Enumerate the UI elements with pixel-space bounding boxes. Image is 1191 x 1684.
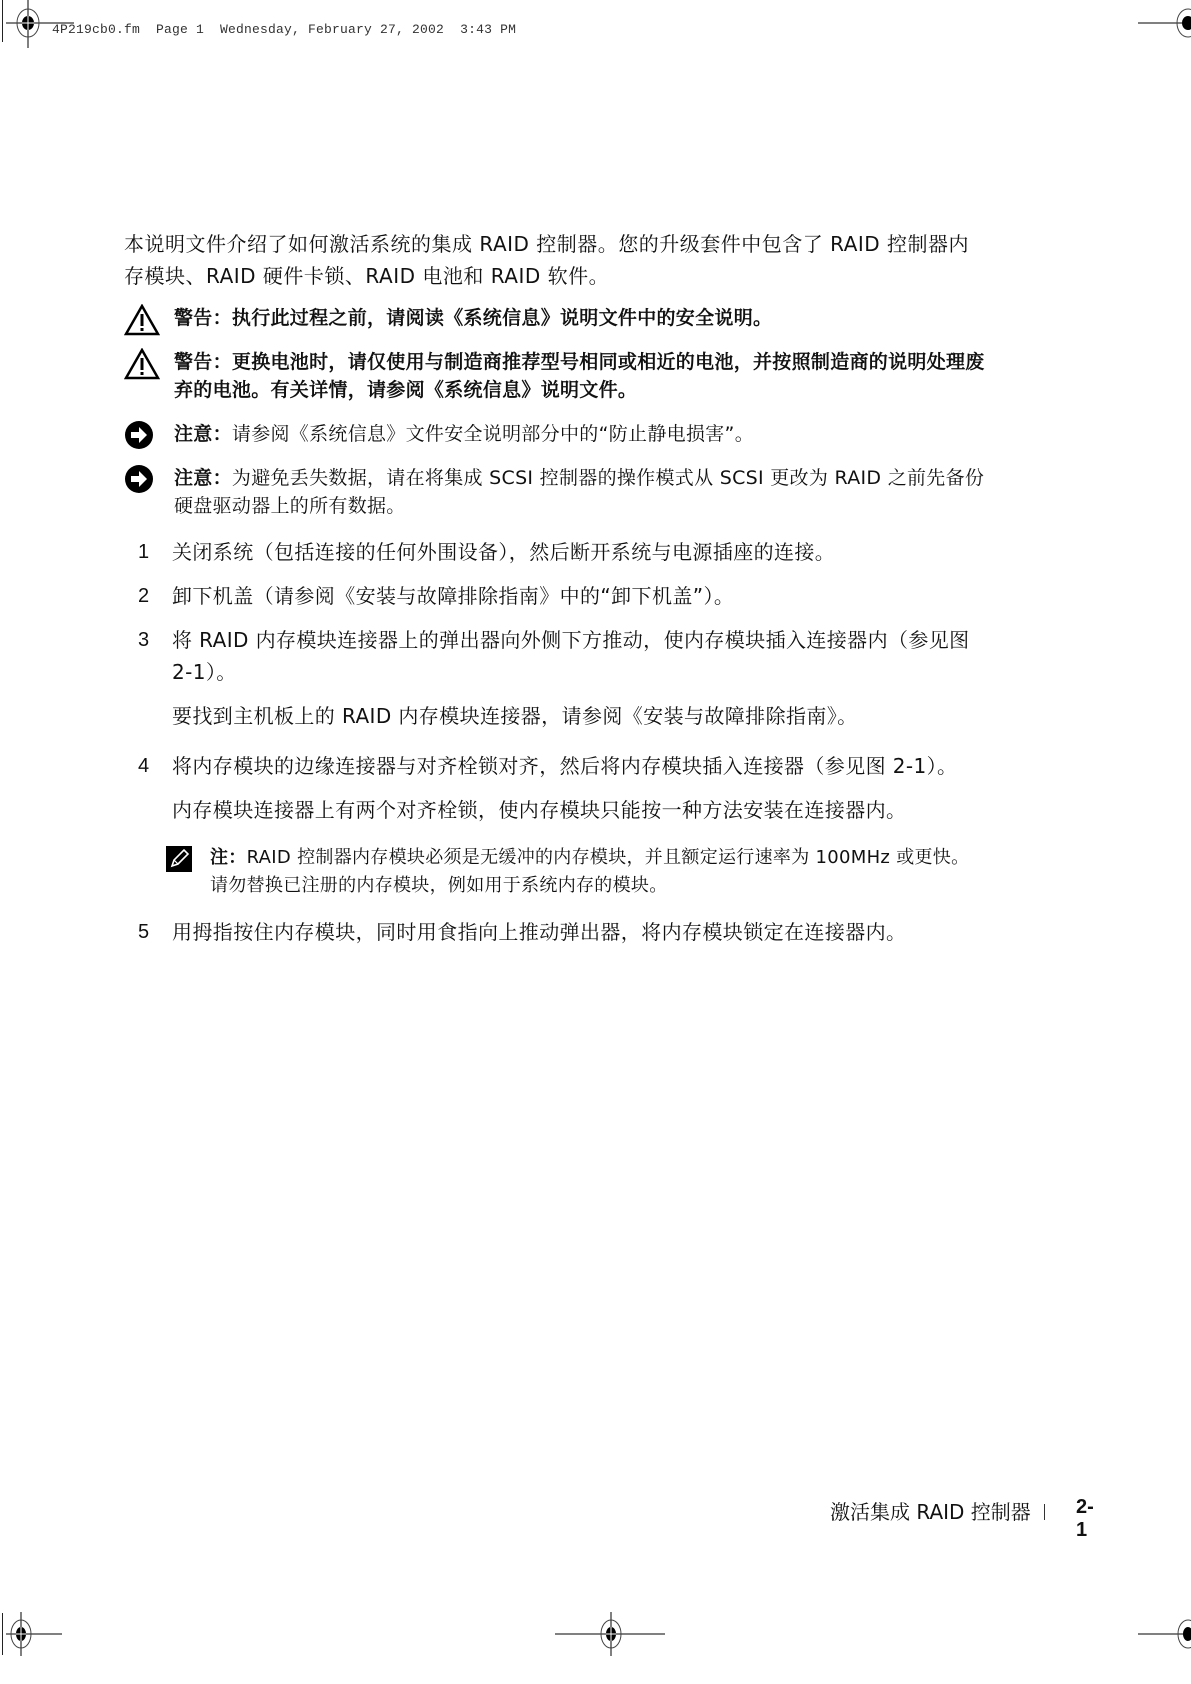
crop-line-left-top (2, 0, 3, 42)
intro-paragraph: 本说明文件介绍了如何激活系统的集成 RAID 控制器。您的升级套件中包含了 RA… (124, 228, 986, 292)
notice-text: 执行此过程之前，请阅读《系统信息》说明文件中的安全说明。 (232, 307, 772, 329)
page-number: 2-1 (1076, 1496, 1094, 1542)
notice-label: 警告： (174, 307, 232, 329)
step-item: 4 将内存模块的边缘连接器与对齐栓锁对齐，然后将内存模块插入连接器（参见图 2-… (124, 750, 986, 782)
notice-label: 注意： (174, 467, 232, 489)
step-number: 5 (138, 916, 150, 948)
step-item: 5 用拇指按住内存模块，同时用食指向上推动弹出器，将内存模块锁定在连接器内。 (124, 916, 986, 948)
step-number: 1 (138, 536, 150, 568)
file-slug-header: 4P219cb0.fm Page 1 Wednesday, February 2… (52, 22, 516, 37)
step-number: 4 (138, 750, 150, 782)
step-text: 将内存模块的边缘连接器与对齐栓锁对齐，然后将内存模块插入连接器（参见图 2-1）… (172, 754, 957, 778)
warning-triangle-icon (124, 304, 160, 336)
caution-notice: 注意：请参阅《系统信息》文件安全说明部分中的“防止静电损害”。 (124, 420, 986, 448)
warning-notice: 警告：执行此过程之前，请阅读《系统信息》说明文件中的安全说明。 (124, 304, 986, 332)
notice-arrow-icon (124, 464, 154, 494)
notice-label: 注意： (174, 423, 232, 445)
document-body: 本说明文件介绍了如何激活系统的集成 RAID 控制器。您的升级套件中包含了 RA… (124, 228, 986, 960)
registration-mark-icon (4, 1612, 74, 1662)
step-detail: 要找到主机板上的 RAID 内存模块连接器，请参阅《安装与故障排除指南》。 (124, 700, 986, 732)
step-text: 关闭系统（包括连接的任何外围设备），然后断开系统与电源插座的连接。 (172, 540, 835, 564)
step-item: 3 将 RAID 内存模块连接器上的弹出器向外侧下方推动，使内存模块插入连接器内… (124, 624, 986, 688)
step-item: 2 卸下机盖（请参阅《安装与故障排除指南》中的“卸下机盖”）。 (124, 580, 986, 612)
warning-notice: 警告：更换电池时，请仅使用与制造商推荐型号相同或相近的电池，并按照制造商的说明处… (124, 348, 986, 404)
step-text: 将 RAID 内存模块连接器上的弹出器向外侧下方推动，使内存模块插入连接器内（参… (172, 628, 970, 684)
crop-line-left-bottom (2, 1613, 3, 1655)
notice-label: 警告： (174, 351, 232, 373)
note-callout: 注：RAID 控制器内存模块必须是无缓冲的内存模块，并且额定运行速率为 100M… (166, 844, 986, 900)
note-text: RAID 控制器内存模块必须是无缓冲的内存模块，并且额定运行速率为 100MHz… (210, 847, 969, 896)
step-number: 3 (138, 624, 150, 656)
note-pencil-icon (166, 846, 192, 872)
note-label: 注： (210, 847, 247, 868)
footer-divider (1044, 1504, 1045, 1520)
notice-text: 为避免丢失数据，请在将集成 SCSI 控制器的操作模式从 SCSI 更改为 RA… (174, 467, 984, 517)
notice-text: 请参阅《系统信息》文件安全说明部分中的“防止静电损害”。 (232, 423, 754, 445)
notice-arrow-icon (124, 420, 154, 450)
warning-triangle-icon (124, 348, 160, 380)
registration-mark-icon (1138, 1612, 1191, 1662)
step-item: 1 关闭系统（包括连接的任何外围设备），然后断开系统与电源插座的连接。 (124, 536, 986, 568)
step-number: 2 (138, 580, 150, 612)
footer-section-title: 激活集成 RAID 控制器 (830, 1496, 1031, 1525)
registration-mark-icon (1138, 0, 1191, 50)
registration-mark-icon (555, 1612, 665, 1662)
step-text: 卸下机盖（请参阅《安装与故障排除指南》中的“卸下机盖”）。 (172, 584, 734, 608)
caution-notice: 注意：为避免丢失数据，请在将集成 SCSI 控制器的操作模式从 SCSI 更改为… (124, 464, 986, 520)
notice-text: 更换电池时，请仅使用与制造商推荐型号相同或相近的电池，并按照制造商的说明处理废弃… (174, 351, 985, 401)
step-text: 用拇指按住内存模块，同时用食指向上推动弹出器，将内存模块锁定在连接器内。 (172, 920, 906, 944)
step-detail: 内存模块连接器上有两个对齐栓锁，使内存模块只能按一种方法安装在连接器内。 (124, 794, 986, 826)
